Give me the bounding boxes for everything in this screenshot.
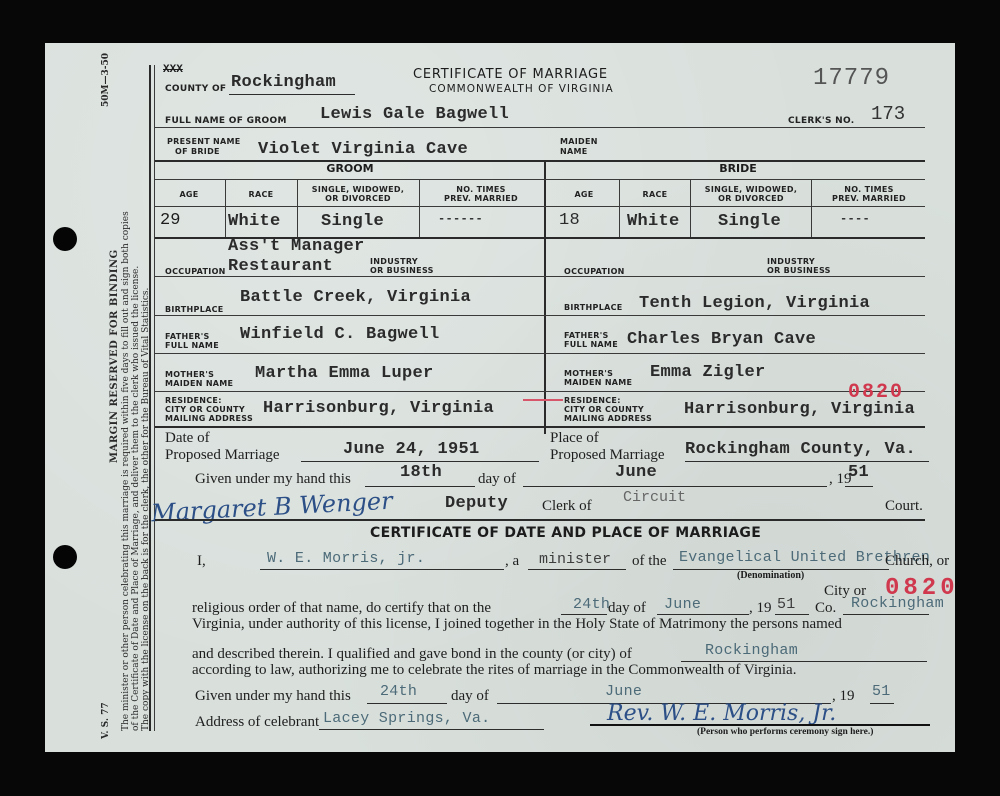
- church-label: Church, or: [885, 553, 949, 570]
- role-underline: [528, 569, 626, 570]
- groom-name-value: Lewis Gale Bagwell: [320, 105, 509, 124]
- bride-mother-label-2: MAIDEN NAME: [564, 378, 632, 387]
- denomination-caption: (Denomination): [737, 570, 804, 581]
- proposed-date-value: June 24, 1951: [343, 440, 480, 459]
- given-month-underline: [523, 486, 827, 487]
- ceremony-year-underline: [775, 614, 809, 615]
- bride-race-value: White: [627, 212, 680, 231]
- row-line: [155, 127, 925, 128]
- celebrant-signature: Rev. W. E. Morris, Jr.: [607, 701, 836, 726]
- bride-mother-value: Emma Zigler: [650, 363, 766, 382]
- certify-line-2: Virginia, under authority of this licens…: [192, 616, 842, 633]
- county-label: COUNTY OF: [165, 85, 226, 94]
- groom-residence-value: Harrisonburg, Virginia: [263, 399, 494, 418]
- celebrant-address-label: Address of celebrant: [195, 714, 319, 731]
- certificate-title: CERTIFICATE OF MARRIAGE: [413, 67, 608, 82]
- groom-times-header: NO. TIMES: [421, 185, 541, 194]
- groom-mother-value: Martha Emma Luper: [255, 364, 434, 383]
- a-label: , a: [505, 553, 519, 570]
- role-value: minister: [539, 551, 611, 568]
- marriage-certificate: 50M—3-50 V. S. 77 MARGIN RESERVED FOR BI…: [45, 43, 955, 752]
- co-label: Co.: [815, 600, 836, 617]
- certify-line-4: according to law, authorizing me to cele…: [192, 662, 796, 679]
- of-the-label: of the: [632, 553, 667, 570]
- groom-father-label-2: FULL NAME: [165, 341, 219, 350]
- bride-father-value: Charles Bryan Cave: [627, 330, 816, 349]
- form-mark: XXX: [163, 64, 183, 76]
- bride-occupation-label: OCCUPATION: [564, 267, 625, 276]
- bride-age-value: 18: [559, 211, 580, 230]
- bride-residence-label: RESIDENCE:: [564, 396, 621, 405]
- bride-times-header-2: PREV. MARRIED: [813, 194, 925, 203]
- signature-underline: [590, 724, 930, 726]
- groom-industry-label: INDUSTRY: [370, 257, 418, 266]
- binding-line: [149, 65, 151, 731]
- bride-industry-label: INDUSTRY: [767, 257, 815, 266]
- license-given-year: 51: [848, 463, 869, 482]
- celebrant-address-underline: [319, 729, 544, 730]
- ceremony-day-underline: [561, 614, 607, 615]
- row-line: [155, 206, 925, 207]
- license-given-day: 18th: [400, 463, 442, 482]
- groom-birthplace-label: BIRTHPLACE: [165, 305, 224, 314]
- groom-father-value: Winfield C. Bagwell: [240, 325, 440, 344]
- row-line: [155, 391, 925, 392]
- certificate-subtitle: COMMONWEALTH OF VIRGINIA: [429, 83, 614, 95]
- row-line: [155, 276, 925, 277]
- bride-age-header: AGE: [550, 190, 618, 199]
- groom-mother-label-2: MAIDEN NAME: [165, 379, 233, 388]
- ceremony-given-day-underline: [367, 703, 447, 704]
- groom-heading: GROOM: [155, 162, 545, 175]
- ceremony-given-day-of: day of: [451, 688, 489, 705]
- col-line: [419, 179, 420, 237]
- bride-times-header: NO. TIMES: [813, 185, 925, 194]
- groom-race-value: White: [228, 212, 281, 231]
- clerk-of-label: Clerk of: [542, 498, 592, 515]
- groom-mother-label: MOTHER'S: [165, 370, 214, 379]
- maiden-name-label: MAIDEN: [560, 137, 598, 146]
- groom-status-header: SINGLE, WIDOWED,: [299, 185, 417, 194]
- ceremony-given-day: 24th: [380, 683, 417, 700]
- col-line: [619, 179, 620, 237]
- groom-birthplace-value: Battle Creek, Virginia: [240, 288, 471, 307]
- clerk-no-label: CLERK'S NO.: [788, 117, 854, 126]
- bride-birthplace-value: Tenth Legion, Virginia: [639, 294, 870, 313]
- place-underline: [685, 461, 929, 462]
- margin-form-code: V. S. 77: [101, 702, 111, 739]
- bride-name-label: PRESENT NAME: [167, 137, 241, 146]
- bride-times-value: ----: [840, 212, 870, 226]
- row-line: [155, 426, 925, 428]
- proposed-date-label-2: Proposed Marriage: [165, 447, 280, 464]
- certify-line-3: and described therein. I qualified and g…: [192, 646, 632, 663]
- groom-status-header-2: OR DIVORCED: [299, 194, 417, 203]
- punch-hole-bottom: [53, 545, 77, 569]
- bride-birthplace-label: BIRTHPLACE: [564, 303, 623, 312]
- row-line: [155, 353, 925, 354]
- court-value: Circuit: [623, 489, 686, 506]
- bride-residence-label-3: MAILING ADDRESS: [564, 414, 652, 423]
- i-label: I,: [197, 553, 206, 570]
- deputy-value: Deputy: [445, 494, 508, 513]
- signature-caption: (Person who performs ceremony sign here.…: [697, 727, 873, 737]
- groom-occupation-value: Ass't Manager: [228, 237, 365, 256]
- col-line: [225, 179, 226, 237]
- groom-race-header: RACE: [227, 190, 295, 199]
- ceremony-year: 51: [777, 596, 796, 613]
- proposed-place-label-2: Proposed Marriage: [550, 447, 665, 464]
- ceremony-month-underline: [657, 614, 749, 615]
- ceremony-day: 24th: [573, 596, 610, 613]
- ceremony-title: CERTIFICATE OF DATE AND PLACE OF MARRIAG…: [370, 525, 761, 541]
- bride-stamp-code: 0820: [848, 381, 904, 404]
- bride-name-value: Violet Virginia Cave: [258, 140, 468, 159]
- row-line: [155, 315, 925, 316]
- ceremony-given-month: June: [605, 683, 642, 700]
- ceremony-day-of-label: day of: [608, 600, 646, 617]
- groom-times-header-2: PREV. MARRIED: [421, 194, 541, 203]
- groom-residence-label: RESIDENCE:: [165, 396, 222, 405]
- punch-hole-top: [53, 227, 77, 251]
- certify-line-1: religious order of that name, do certify…: [192, 600, 491, 617]
- proposed-place-value: Rockingham County, Va.: [685, 440, 916, 459]
- col-line: [690, 179, 691, 237]
- bride-residence-label-2: CITY OR COUNTY: [564, 405, 644, 414]
- given-year-underline: [845, 486, 873, 487]
- groom-occupation-label: OCCUPATION: [165, 267, 226, 276]
- bride-status-header-2: OR DIVORCED: [692, 194, 810, 203]
- clerk-no-value: 173: [871, 103, 905, 125]
- groom-residence-label-3: MAILING ADDRESS: [165, 414, 253, 423]
- ceremony-county: Rockingham: [851, 595, 944, 612]
- ceremony-given-label: Given under my hand this: [195, 688, 351, 705]
- court-label: Court.: [885, 498, 923, 515]
- center-divider: [544, 160, 546, 434]
- groom-industry-value: Restaurant: [228, 257, 333, 276]
- proposed-place-label: Place of: [550, 430, 599, 447]
- groom-age-header: AGE: [155, 190, 223, 199]
- groom-residence-label-2: CITY OR COUNTY: [165, 405, 245, 414]
- minister-underline: [260, 569, 504, 570]
- groom-status-value: Single: [321, 212, 384, 231]
- bond-county: Rockingham: [705, 642, 798, 659]
- license-day-of-label: day of: [478, 471, 516, 488]
- margin-heading: MARGIN RESERVED FOR BINDING: [110, 249, 120, 463]
- row-line: [155, 179, 925, 180]
- ceremony-county-underline: [843, 614, 929, 615]
- col-line: [811, 179, 812, 237]
- col-line: [297, 179, 298, 237]
- bride-race-header: RACE: [621, 190, 689, 199]
- groom-name-label: FULL NAME OF GROOM: [165, 117, 287, 126]
- groom-industry-label-2: OR BUSINESS: [370, 266, 434, 275]
- clerk-signature: Margaret B Wenger: [150, 487, 393, 528]
- margin-instruction-2: of the Certificate of Date and Place of …: [131, 266, 141, 731]
- ceremony-year-prefix: , 19: [749, 600, 772, 617]
- license-given-label: Given under my hand this: [195, 471, 351, 488]
- county-value: Rockingham: [231, 73, 336, 92]
- margin-print-code: 50M—3-50: [101, 53, 111, 107]
- maiden-name-label-2: NAME: [560, 147, 588, 156]
- county-underline: [229, 94, 355, 95]
- ceremony-given-year: 51: [872, 683, 891, 700]
- proposed-date-label: Date of: [165, 430, 210, 447]
- bride-father-label-2: FULL NAME: [564, 340, 618, 349]
- groom-age-value: 29: [160, 211, 180, 230]
- section-divider: [155, 519, 925, 521]
- ceremony-month: June: [664, 596, 701, 613]
- license-given-month: June: [615, 463, 657, 482]
- bride-industry-label-2: OR BUSINESS: [767, 266, 831, 275]
- bride-status-value: Single: [718, 212, 781, 231]
- margin-instruction-1: The minister or other person celebrating…: [121, 211, 131, 731]
- bride-heading: BRIDE: [548, 162, 928, 175]
- bride-mother-label: MOTHER'S: [564, 369, 613, 378]
- groom-times-value: ------: [438, 212, 483, 226]
- bride-father-label: FATHER'S: [564, 331, 609, 340]
- certificate-number: 17779: [813, 65, 890, 92]
- red-correction-mark: [523, 399, 563, 401]
- minister-name: W. E. Morris, jr.: [267, 550, 425, 567]
- bride-name-label-2: OF BRIDE: [175, 147, 220, 156]
- groom-father-label: FATHER'S: [165, 332, 210, 341]
- celebrant-address-value: Lacey Springs, Va.: [323, 710, 490, 727]
- date-underline: [301, 461, 539, 462]
- bride-status-header: SINGLE, WIDOWED,: [692, 185, 810, 194]
- ceremony-given-year-underline: [870, 703, 894, 704]
